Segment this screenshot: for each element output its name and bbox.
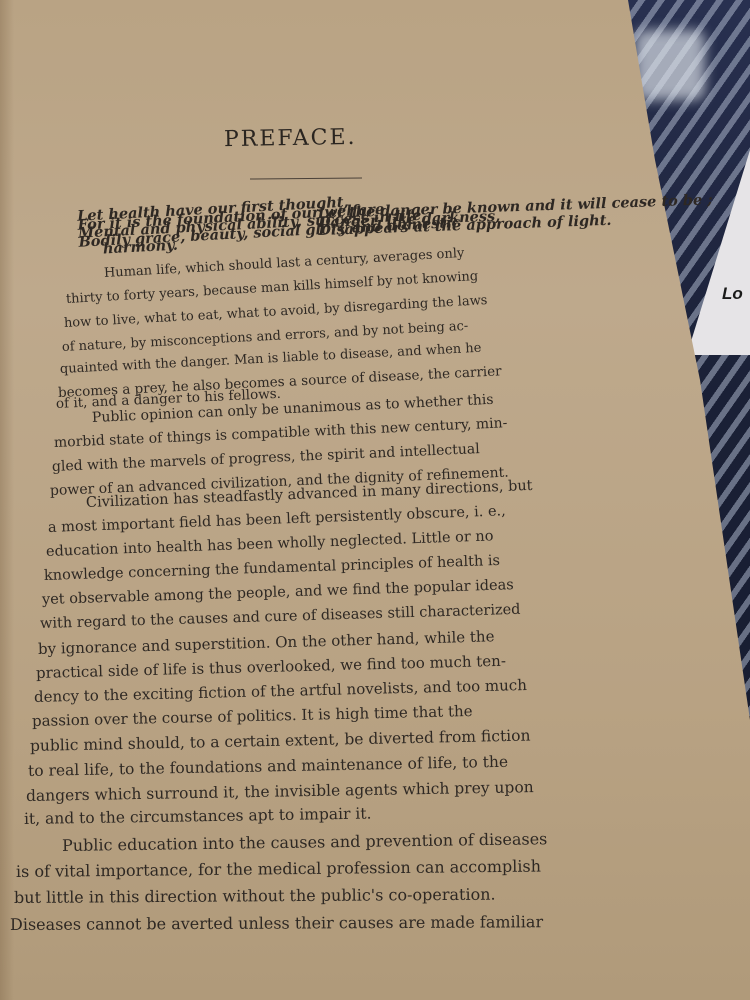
epigraph-left: Let health have our first thought, For i… (77, 201, 299, 255)
text-line: Public education into the causes and pre… (62, 829, 548, 855)
epigraph-line: Disappears at the approach of light. (318, 219, 548, 236)
text-line: dangers which surround it, the invisible… (26, 778, 534, 805)
text-line: it, and to the circumstances apt to impa… (24, 805, 372, 828)
text-line: but little in this direction without the… (14, 885, 496, 907)
title-divider (250, 178, 362, 180)
text-line: public mind should, to a certain extent,… (30, 727, 531, 755)
text-line: passion over the course of politics. It … (32, 702, 473, 730)
text-line: Diseases cannot be averted unless their … (10, 912, 543, 934)
text-line: is of vital importance, for the medical … (16, 857, 541, 881)
epigraph-right: Let the danger be known and it will ceas… (318, 202, 549, 236)
page-title: PREFACE. (224, 125, 357, 152)
page-content: PREFACE. Let health have our first thoug… (0, 0, 750, 1000)
text-line: to real life, to the foundations and mai… (28, 753, 508, 780)
text-line: with regard to the causes and cure of di… (40, 602, 521, 632)
